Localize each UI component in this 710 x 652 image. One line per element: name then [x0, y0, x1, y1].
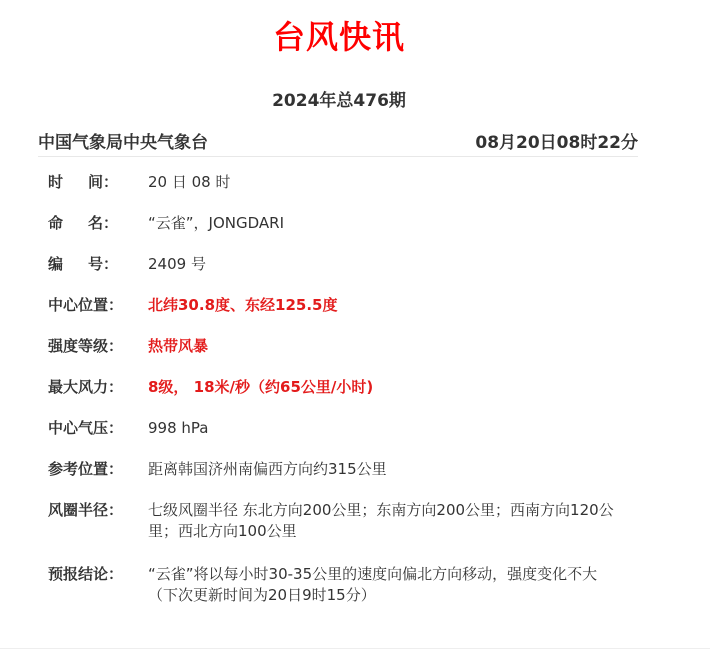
row-label: 中心位置：	[48, 295, 148, 316]
row-label: 时间：	[48, 172, 148, 193]
row-name: 命名： “云雀”，JONGDARI	[48, 213, 638, 234]
label-char: 间：	[88, 173, 118, 191]
label-char: 编	[48, 254, 88, 275]
row-value: 北纬30.8度、东经125.5度	[148, 295, 638, 316]
row-value: 8级， 18米/秒（约65公里/小时)	[148, 377, 638, 398]
row-value: 998 hPa	[148, 418, 638, 439]
row-value: 2409 号	[148, 254, 638, 275]
row-reference-position: 参考位置： 距离韩国济州南偏西方向约315公里	[48, 459, 638, 480]
footer-divider	[0, 648, 710, 649]
next-update-note: （下次更新时间为20日9时15分）	[148, 585, 638, 606]
row-value: 距离韩国济州南偏西方向约315公里	[148, 459, 638, 480]
row-label: 强度等级：	[48, 336, 148, 357]
row-label: 预报结论：	[48, 564, 148, 585]
row-value: 20 日 08 时	[148, 172, 638, 193]
page-title: 台风快讯	[0, 12, 678, 58]
issue-number: 2024年总476期	[0, 86, 678, 111]
label-char: 名：	[88, 214, 118, 232]
row-time: 时间： 20 日 08 时	[48, 172, 638, 193]
row-label: 编号：	[48, 254, 148, 275]
row-label: 最大风力：	[48, 377, 148, 398]
row-label: 中心气压：	[48, 418, 148, 439]
publish-timestamp: 08月20日08时22分	[475, 128, 638, 153]
row-forecast: 预报结论： “云雀”将以每小时30-35公里的速度向偏北方向移动，强度变化不大 …	[48, 564, 638, 606]
label-char: 命	[48, 213, 88, 234]
row-value: 热带风暴	[148, 336, 638, 357]
row-value: 七级风圈半径 东北方向200公里；东南方向200公里；西南方向120公里；西北方…	[148, 500, 638, 542]
forecast-text: “云雀”将以每小时30-35公里的速度向偏北方向移动，强度变化不大	[148, 564, 638, 585]
label-char: 号：	[88, 255, 118, 273]
row-center-position: 中心位置： 北纬30.8度、东经125.5度	[48, 295, 638, 316]
row-label: 参考位置：	[48, 459, 148, 480]
row-value: “云雀”将以每小时30-35公里的速度向偏北方向移动，强度变化不大 （下次更新时…	[148, 564, 638, 606]
row-label: 命名：	[48, 213, 148, 234]
typhoon-bulletin-page: 台风快讯 2024年总476期 中国气象局中央气象台 08月20日08时22分 …	[0, 0, 710, 652]
label-char: 时	[48, 172, 88, 193]
source-agency: 中国气象局中央气象台	[38, 128, 208, 153]
row-value: “云雀”，JONGDARI	[148, 213, 638, 234]
row-intensity: 强度等级： 热带风暴	[48, 336, 638, 357]
row-wind-radius: 风圈半径： 七级风圈半径 东北方向200公里；东南方向200公里；西南方向120…	[48, 500, 638, 542]
bulletin-header: 中国气象局中央气象台 08月20日08时22分	[38, 128, 638, 157]
row-pressure: 中心气压： 998 hPa	[48, 418, 638, 439]
row-max-wind: 最大风力： 8级， 18米/秒（约65公里/小时)	[48, 377, 638, 398]
row-number: 编号： 2409 号	[48, 254, 638, 275]
row-label: 风圈半径：	[48, 500, 148, 521]
